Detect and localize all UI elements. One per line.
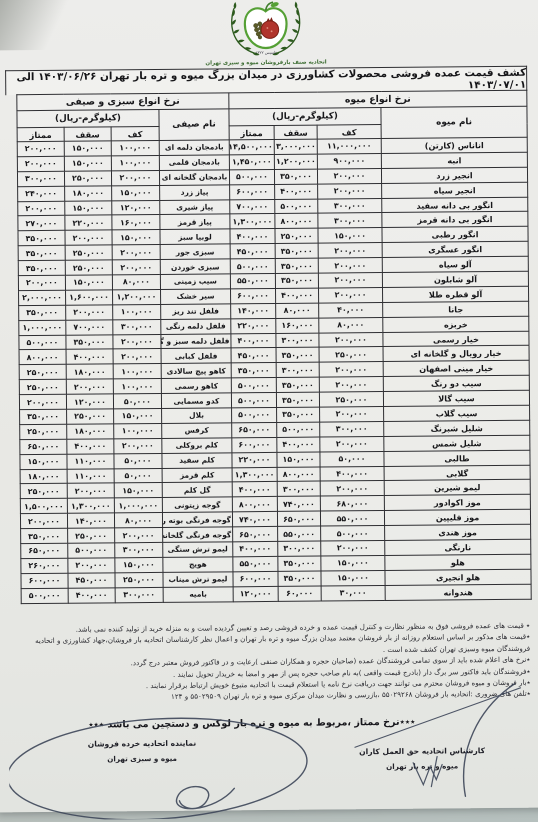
veg-cap-cell: ۱,۳۰۰,۰۰۰	[67, 498, 114, 513]
veg-premium-cell: ۳۵۰,۰۰۰	[19, 305, 66, 320]
fruit-floor-cell: ۱۱,۰۰۰,۰۰۰	[317, 139, 381, 154]
fruit-name-cell: موز اکوادور	[384, 495, 530, 511]
fruit-name-cell: انجیر سیاه	[382, 182, 528, 198]
price-row: هندوانه۳۰,۰۰۰۶۰,۰۰۰۱۲۰,۰۰۰بامیه۳۰۰,۰۰۰۴۰…	[21, 584, 531, 603]
veg-floor-cell: ۱,۲۰۰,۰۰۰	[112, 289, 160, 304]
veg-cap-cell: ۱۵۰,۰۰۰	[65, 200, 112, 215]
veg-cap-cell: ۲۵۰,۰۰۰	[68, 528, 115, 543]
veg-premium-cell: ۶۵۰,۰۰۰	[20, 439, 67, 454]
fruit-floor-cell: ۲۰۰,۰۰۰	[318, 243, 382, 258]
veg-cap-cell: ۱۵۰,۰۰۰	[64, 141, 111, 156]
fruit-cap-cell: ۳۵۰,۰۰۰	[276, 392, 319, 407]
fruit-cap-cell: ۳۰۰,۰۰۰	[276, 362, 319, 377]
veg-name-cell: کلم قرمز	[162, 467, 232, 483]
signature-rep-line1: نماینده اتحادیه خرده فروشان	[67, 738, 217, 748]
fruit-floor-header: کف	[317, 125, 381, 140]
fruit-name-cell: گلابی	[384, 465, 530, 481]
veg-name-cell: بلال	[161, 408, 231, 424]
fruit-premium-cell: ۸۰۰,۰۰۰	[232, 497, 277, 512]
veg-floor-cell: ۸۰,۰۰۰	[114, 513, 162, 528]
signature-block-representative: نماینده اتحادیه خرده فروشان میوه و سبزی …	[67, 738, 217, 763]
fruit-cap-cell: ۳۵۰,۰۰۰	[278, 556, 321, 571]
veg-premium-cell: ۳۵۰,۰۰۰	[18, 260, 65, 275]
veg-cap-cell: ۱,۶۰۰,۰۰۰	[65, 290, 112, 305]
fruit-name-cell: انبه	[381, 152, 527, 168]
veg-floor-cell: ۱۰۰,۰۰۰	[111, 140, 159, 155]
veg-name-cell: هویج	[163, 557, 233, 573]
veg-cap-cell: ۷۰۰,۰۰۰	[66, 320, 113, 335]
fruit-premium-cell: ۶۵۰,۰۰۰	[233, 527, 278, 542]
fruit-premium-cell: ۵۵۰,۰۰۰	[230, 273, 275, 288]
fruit-premium-header: ممتاز	[229, 125, 274, 139]
veg-name-cell: سیر خشک	[160, 289, 230, 305]
fruit-premium-cell: ۵۰۰,۰۰۰	[230, 259, 275, 274]
veg-premium-cell: ۱۸۰,۰۰۰	[20, 469, 67, 484]
veg-name-cell: کاهو رسمی	[161, 378, 231, 394]
fruit-premium-cell: ۴۵۰,۰۰۰	[230, 244, 275, 259]
fruit-cap-cell: ۶۰,۰۰۰	[278, 586, 321, 601]
veg-floor-cell: ۸۰,۰۰۰	[112, 274, 160, 289]
fruit-floor-cell: ۹۰۰,۰۰۰	[317, 153, 381, 168]
document-content: تاسیس ۱۳۲۲ اتحادیه صنف بارفروشان میوه و …	[0, 0, 538, 812]
veg-floor-header: کف	[111, 126, 159, 140]
veg-premium-cell: ۲۷۰,۰۰۰	[18, 216, 65, 231]
veg-floor-cell: ۲۰۰,۰۰۰	[114, 438, 162, 453]
veg-floor-cell: ۱۶۰,۰۰۰	[112, 215, 160, 230]
veg-cap-cell: ۱۱۰,۰۰۰	[67, 454, 114, 469]
fruit-cap-cell: ۸۰۰,۰۰۰	[275, 214, 318, 229]
fruit-name-cell: لیمو شیرین	[384, 480, 530, 496]
veg-name-cell: سبزی جور	[160, 244, 230, 260]
veg-cap-cell: ۲۰۰,۰۰۰	[66, 379, 113, 394]
fruit-name-cell: خیار مینی اصفهان	[383, 361, 529, 377]
premium-rate-note: ٭٭٭نرخ ممتاز ،مربوط به میوه و تره بار لو…	[57, 716, 447, 730]
veg-premium-cell: ۶۰۰,۰۰۰	[21, 573, 68, 588]
veg-premium-cell: ۲۰۰,۰۰۰	[18, 201, 65, 216]
veg-premium-cell: ۲۰۰,۰۰۰	[18, 275, 65, 290]
fruit-floor-cell: ۲۰۰,۰۰۰	[319, 362, 383, 377]
fruit-cap-cell: ۳۰۰,۰۰۰	[278, 541, 321, 556]
fruit-cap-cell: ۸۰,۰۰۰	[276, 303, 319, 318]
veg-floor-cell: ۲۵۰,۰۰۰	[115, 572, 163, 587]
fruit-cap-header: سقف	[274, 125, 317, 139]
fruit-name-cell: سیب گلاب	[384, 405, 530, 421]
veg-cap-cell: ۲۵۰,۰۰۰	[65, 245, 112, 260]
fruit-premium-cell: ۱,۴۵۰,۰۰۰	[229, 154, 274, 169]
veg-unit-header: (کیلوگرم-ریال)	[17, 109, 159, 127]
fruit-floor-cell: ۵۰۰,۰۰۰	[321, 526, 385, 541]
veg-floor-cell: ۱۵۰,۰۰۰	[112, 185, 160, 200]
fruit-premium-cell: ۲۲۰,۰۰۰	[232, 452, 277, 467]
veg-floor-cell: ۱۰۰,۰۰۰	[111, 155, 159, 170]
fruit-floor-cell: ۴۰۰,۰۰۰	[320, 466, 384, 481]
veg-name-cell: لوبیا سبز	[160, 229, 230, 245]
fruit-floor-cell: ۲۵۰,۰۰۰	[319, 347, 383, 362]
veg-cap-cell: ۲۰۰,۰۰۰	[65, 230, 112, 245]
veg-name-cell: کاهو پیچ سالادی	[161, 363, 231, 379]
veg-floor-cell: ۵۰,۰۰۰	[113, 394, 161, 409]
veg-premium-cell: ۲۵۰,۰۰۰	[19, 380, 66, 395]
veg-premium-cell: ۲۰۰,۰۰۰	[20, 514, 67, 529]
fruit-premium-cell: ۷۰۰,۰۰۰	[230, 199, 275, 214]
fruit-cap-cell: ۱۵۰,۰۰۰	[277, 452, 320, 467]
fruit-floor-cell: ۲۰۰,۰۰۰	[320, 481, 384, 496]
fruit-premium-cell: ۱۴,۵۰۰,۰۰۰	[229, 139, 274, 154]
fruit-name-cell: طالبی	[384, 450, 530, 466]
veg-premium-cell: ۲۰۰,۰۰۰	[19, 394, 66, 409]
fruit-premium-cell: ۵۰۰,۰۰۰	[231, 407, 276, 422]
fruit-premium-cell: ۵۰۰,۰۰۰	[231, 393, 276, 408]
signature-expert-line1: کارشناس اتحادیه حق العمل کاران	[347, 746, 497, 756]
fruit-name-cell: خیار رویال و گلخانه ای	[383, 346, 529, 362]
fruit-name-cell: انگور رطبی	[382, 227, 528, 243]
fruit-cap-cell: ۱۶۰,۰۰۰	[276, 318, 319, 333]
veg-name-cell: پیاز شیری	[160, 199, 230, 215]
veg-cap-cell: ۴۰۰,۰۰۰	[66, 349, 113, 364]
veg-cap-cell: ۵۰۰,۰۰۰	[68, 543, 115, 558]
fruit-name-cell: موز فلیپین	[384, 509, 530, 525]
veg-floor-cell: ۱,۰۰۰,۰۰۰	[114, 498, 162, 513]
veg-cap-cell: ۳۵۰,۰۰۰	[66, 334, 113, 349]
fruit-name-cell: خربزه	[383, 316, 529, 332]
veg-name-cell: بادمجان دلمه ای	[159, 140, 229, 156]
veg-name-column-header: نام صیفی	[159, 109, 229, 141]
veg-name-cell: گوجه فرنگی بوته رس	[162, 512, 232, 528]
veg-premium-cell: ۲۰۰,۰۰۰	[17, 156, 64, 171]
fruit-name-cell: اناناس (کارتن)	[381, 137, 527, 153]
fruit-floor-cell: ۲۰۰,۰۰۰	[321, 541, 385, 556]
veg-cap-cell: ۴۵۰,۰۰۰	[68, 573, 115, 588]
fruit-name-cell: خیار رسمی	[383, 331, 529, 347]
fruit-floor-cell: ۲۰۰,۰۰۰	[318, 273, 382, 288]
veg-cap-cell: ۲۵۰,۰۰۰	[64, 171, 111, 186]
veg-section-header: نرخ انواع سبزی و صیفی	[17, 93, 229, 111]
veg-floor-cell: ۵۰,۰۰۰	[114, 468, 162, 483]
veg-floor-cell: ۲۰۰,۰۰۰	[113, 349, 161, 364]
signature-block-expert: کارشناس اتحادیه حق العمل کاران میوه و تر…	[347, 746, 497, 771]
fruit-floor-cell: ۲۰۰,۰۰۰	[318, 183, 382, 198]
veg-name-cell: فلفل دلمه رنگی	[161, 319, 231, 335]
veg-name-cell: پیاز زرد	[160, 185, 230, 201]
veg-name-cell: پیاز قرمز	[160, 214, 230, 230]
fruit-name-cell: انگور بی دانه قرمز	[382, 212, 528, 228]
paper-sheet: تاسیس ۱۳۲۲ اتحادیه صنف بارفروشان میوه و …	[0, 0, 538, 812]
veg-cap-cell: ۱۵۰,۰۰۰	[64, 156, 111, 171]
veg-cap-cell: ۲۰۰,۰۰۰	[67, 483, 114, 498]
fruit-cap-cell: ۳۵۰,۰۰۰	[274, 169, 317, 184]
fruit-floor-cell: ۵۰,۰۰۰	[320, 451, 384, 466]
veg-floor-cell: ۲۰۰,۰۰۰	[113, 334, 161, 349]
fruit-name-cell: آلو شابلون	[382, 271, 528, 287]
veg-premium-cell: ۳۵۰,۰۰۰	[18, 231, 65, 246]
veg-name-cell: گوجه فرنگی گلخانه	[163, 527, 233, 543]
fruit-name-cell: موز هندی	[385, 524, 531, 540]
veg-cap-cell: ۱۸۰,۰۰۰	[65, 186, 112, 201]
union-emblem-icon: تاسیس ۱۳۲۲	[211, 0, 320, 58]
veg-premium-cell: ۱,۰۰۰,۰۰۰	[19, 320, 66, 335]
veg-floor-cell: ۲۰۰,۰۰۰	[112, 260, 160, 275]
fruit-premium-cell: ۲۲۰,۰۰۰	[231, 318, 276, 333]
veg-name-cell: کلم سفید	[162, 453, 232, 469]
signature-rep-line2: میوه و سبزی تهران	[67, 753, 217, 763]
fruit-name-cell: انگور عسگری	[382, 241, 528, 257]
logo-founded-text: تاسیس ۱۳۲۲	[255, 50, 276, 55]
veg-cap-cell: ۱۵۰,۰۰۰	[65, 275, 112, 290]
veg-floor-cell: ۱۰۰,۰۰۰	[113, 379, 161, 394]
fruit-cap-cell: ۳۰۰,۰۰۰	[276, 333, 319, 348]
veg-name-cell: کلم بروکلی	[162, 438, 232, 454]
fruit-cap-cell: ۴۰۰,۰۰۰	[275, 184, 318, 199]
fruit-floor-cell: ۲۰۰,۰۰۰	[319, 332, 383, 347]
fruit-floor-cell: ۵۵۰,۰۰۰	[320, 511, 384, 526]
veg-premium-cell: ۲۵۰,۰۰۰	[20, 484, 67, 499]
fruit-premium-cell: ۵۰۰,۰۰۰	[229, 169, 274, 184]
fruit-cap-cell: ۸۰۰,۰۰۰	[277, 467, 320, 482]
veg-cap-cell: ۱۱۰,۰۰۰	[67, 468, 114, 483]
fruit-cap-cell: ۳۵۰,۰۰۰	[275, 243, 318, 258]
veg-premium-cell: ۳۰۰,۰۰۰	[17, 171, 64, 186]
fruit-cap-cell: ۲۵۰,۰۰۰	[275, 228, 318, 243]
veg-premium-cell: ۲۵۰,۰۰۰	[20, 424, 67, 439]
veg-floor-cell: ۱۵۰,۰۰۰	[112, 230, 160, 245]
veg-name-cell: بامیه	[163, 587, 233, 603]
fruit-floor-cell: ۲۰۰,۰۰۰	[320, 407, 384, 422]
veg-floor-cell: ۱۵۰,۰۰۰	[113, 408, 161, 423]
veg-premium-cell: ۸۰۰,۰۰۰	[19, 350, 66, 365]
veg-floor-cell: ۱۵۰,۰۰۰	[115, 557, 163, 572]
veg-premium-cell: ۲۵۰,۰۰۰	[19, 365, 66, 380]
fruit-cap-cell: ۳۵۰,۰۰۰	[276, 348, 319, 363]
fruit-floor-cell: ۱۵۰,۰۰۰	[321, 570, 385, 585]
veg-premium-cell: ۳۵۰,۰۰۰	[20, 409, 67, 424]
veg-premium-cell: ۲۰۰,۰۰۰	[17, 141, 64, 156]
veg-cap-cell: ۱۲۰,۰۰۰	[66, 394, 113, 409]
fruit-cap-cell: ۱۳,۰۰۰,۰۰۰	[274, 139, 317, 154]
veg-cap-cell: ۲۵۰,۰۰۰	[65, 260, 112, 275]
veg-premium-header: ممتاز	[17, 127, 64, 141]
fruit-floor-cell: ۳۰,۰۰۰	[321, 585, 385, 600]
veg-premium-cell: ۵۰۰,۰۰۰	[21, 588, 68, 603]
veg-name-cell: لیمو ترش میناب	[163, 572, 233, 588]
footnotes: ٭ قیمت های عمده فروشی فوق به منظور نظارت…	[12, 620, 531, 704]
veg-premium-cell: ۳۵۰,۰۰۰	[18, 246, 65, 261]
veg-floor-cell: ۲۰۰,۰۰۰	[115, 528, 163, 543]
fruit-premium-cell: ۴۰۰,۰۰۰	[232, 482, 277, 497]
fruit-cap-cell: ۱,۲۰۰,۰۰۰	[274, 154, 317, 169]
veg-cap-cell: ۲۵۰,۰۰۰	[67, 409, 114, 424]
veg-name-cell: لیمو ترش سنگی	[163, 542, 233, 558]
fruit-name-cell: نارنگی	[385, 539, 531, 555]
veg-premium-cell: ۲۶۰,۰۰۰	[21, 558, 68, 573]
fruit-floor-cell: ۱۵۰,۰۰۰	[321, 555, 385, 570]
fruit-name-cell: هندوانه	[385, 584, 531, 600]
fruit-name-cell: هلو	[385, 554, 531, 570]
fruit-premium-cell: ۱,۳۰۰,۰۰۰	[230, 214, 275, 229]
fruit-cap-cell: ۵۰۰,۰۰۰	[277, 422, 320, 437]
fruit-floor-cell: ۲۰۰,۰۰۰	[318, 258, 382, 273]
fruit-premium-cell: ۴۰۰,۰۰۰	[230, 229, 275, 244]
veg-floor-cell: ۳۰۰,۰۰۰	[113, 319, 161, 334]
fruit-name-cell: شلیل شبرنگ	[384, 420, 530, 436]
price-rows: اناناس (کارتن)۱۱,۰۰۰,۰۰۰۱۳,۰۰۰,۰۰۰۱۴,۵۰۰…	[17, 137, 531, 603]
fruit-premium-cell: ۱,۳۰۰,۰۰۰	[232, 467, 277, 482]
veg-cap-cell: ۴۰۰,۰۰۰	[67, 439, 114, 454]
fruit-floor-cell: ۲۵۰,۰۰۰	[319, 392, 383, 407]
veg-cap-cell: ۱۴۰,۰۰۰	[67, 513, 114, 528]
veg-floor-cell: ۳۰۰,۰۰۰	[115, 587, 163, 602]
fruit-premium-cell: ۵۵۰,۰۰۰	[233, 556, 278, 571]
fruit-cap-cell: ۳۰۰,۰۰۰	[277, 482, 320, 497]
fruit-floor-cell: ۸۰,۰۰۰	[319, 317, 383, 332]
veg-floor-cell: ۲۰۰,۰۰۰	[111, 170, 159, 185]
veg-premium-cell: ۱۵۰,۰۰۰	[20, 454, 67, 469]
veg-floor-cell: ۵۰,۰۰۰	[114, 453, 162, 468]
fruit-cap-cell: ۳۵۰,۰۰۰	[276, 377, 319, 392]
fruit-floor-cell: ۳۰۰,۰۰۰	[318, 198, 382, 213]
fruit-cap-cell: ۴۰۰,۰۰۰	[275, 288, 318, 303]
veg-name-cell: کرفس	[162, 423, 232, 439]
veg-floor-cell: ۱۵۰,۰۰۰	[114, 483, 162, 498]
fruit-name-column-header: نام میوه	[381, 106, 527, 138]
document-photo: { "colors":{"paper":"#e9e9e5","ink":"#1d…	[0, 0, 538, 822]
fruit-name-cell: انگور بی دانه سفید	[382, 197, 528, 213]
fruit-premium-cell: ۶۰۰,۰۰۰	[230, 184, 275, 199]
fruit-premium-cell: ۷۴۰,۰۰۰	[232, 512, 277, 527]
fruit-premium-cell: ۴۰۰,۰۰۰	[233, 541, 278, 556]
veg-name-cell: بادمجان گلخانه ای	[159, 170, 229, 186]
fruit-floor-cell: ۱۵۰,۰۰۰	[318, 228, 382, 243]
veg-name-cell: سبزی خوردن	[160, 259, 230, 275]
fruit-premium-cell: ۳۵۰,۰۰۰	[231, 363, 276, 378]
fruit-floor-cell: ۲۰۰,۰۰۰	[320, 436, 384, 451]
veg-cap-cell: ۱۸۰,۰۰۰	[66, 364, 113, 379]
fruit-name-cell: انجیر زرد	[381, 167, 527, 183]
veg-name-cell: سیب زمینی	[160, 274, 230, 290]
fruit-cap-cell: ۷۴۰,۰۰۰	[277, 496, 320, 511]
fruit-name-cell: سیب گالا	[383, 390, 529, 406]
signature-expert-line2: میوه و تره بار تهران	[347, 761, 497, 771]
fruit-cap-cell: ۶۵۰,۰۰۰	[277, 511, 320, 526]
fruit-premium-cell: ۵۰۰,۰۰۰	[231, 378, 276, 393]
veg-name-cell: گل کلم	[162, 482, 232, 498]
veg-name-cell: فلفل تند ریز	[161, 304, 231, 320]
veg-cap-cell: ۲۰۰,۰۰۰	[66, 305, 113, 320]
veg-premium-cell: ۳۵۰,۰۰۰	[21, 528, 68, 543]
veg-cap-cell: ۲۰۰,۰۰۰	[68, 558, 115, 573]
veg-cap-cell: ۱۸۰,۰۰۰	[67, 424, 114, 439]
fruit-floor-cell: ۳۰۰,۰۰۰	[318, 213, 382, 228]
fruit-cap-cell: ۳۵۰,۰۰۰	[275, 258, 318, 273]
fruit-cap-cell: ۳۵۰,۰۰۰	[275, 273, 318, 288]
fruit-premium-cell: ۱۲۰,۰۰۰	[233, 586, 278, 601]
veg-floor-cell: ۱۰۰,۰۰۰	[113, 364, 161, 379]
fruit-cap-cell: ۵۰۰,۰۰۰	[275, 199, 318, 214]
fruit-premium-cell: ۶۵۰,۰۰۰	[232, 422, 277, 437]
fruit-name-cell: آلو قطره طلا	[382, 286, 528, 302]
veg-premium-cell: ۶۵۰,۰۰۰	[21, 543, 68, 558]
veg-premium-cell: ۵۰۰,۰۰۰	[19, 335, 66, 350]
veg-cap-cell: ۲۲۰,۰۰۰	[65, 215, 112, 230]
veg-floor-cell: ۲۰۰,۰۰۰	[112, 245, 160, 260]
veg-floor-cell: ۳۰۰,۰۰۰	[115, 542, 163, 557]
price-table: نرخ انواع میوه نرخ انواع سبزی و صیفی نام…	[16, 90, 531, 604]
veg-name-cell: فلفل دلمه سبز و گلخانه	[161, 333, 231, 349]
fruit-cap-cell: ۵۵۰,۰۰۰	[278, 526, 321, 541]
veg-name-cell: کدو مسمایی	[161, 393, 231, 409]
fruit-premium-cell: ۱۴۰,۰۰۰	[231, 303, 276, 318]
fruit-name-cell: شلیل شمس	[384, 435, 530, 451]
veg-premium-cell: ۲,۰۰۰,۰۰۰	[18, 290, 65, 305]
fruit-name-cell: جانا	[383, 301, 529, 317]
fruit-floor-cell: ۴۰,۰۰۰	[319, 302, 383, 317]
fruit-floor-cell: ۲۰۰,۰۰۰	[317, 168, 381, 183]
fruit-name-cell: آلو سیاه	[382, 256, 528, 272]
fruit-name-cell: هلو انجیری	[385, 569, 531, 585]
veg-cap-cell: ۴۰۰,۰۰۰	[68, 588, 115, 603]
fruit-premium-cell: ۶۰۰,۰۰۰	[230, 288, 275, 303]
fruit-cap-cell: ۴۰۰,۰۰۰	[277, 437, 320, 452]
union-logo: تاسیس ۱۳۲۲ اتحادیه صنف بارفروشان میوه و …	[0, 0, 538, 68]
fruit-floor-cell: ۶۸۰,۰۰۰	[320, 496, 384, 511]
fruit-cap-cell: ۳۵۰,۰۰۰	[277, 407, 320, 422]
fruit-premium-cell: ۴۰۰,۰۰۰	[231, 333, 276, 348]
fruit-unit-header: (کیلوگرم-ریال)	[229, 108, 381, 126]
fruit-name-cell: سیب دو رنگ	[383, 375, 529, 391]
fruit-premium-cell: ۶۰۰,۰۰۰	[232, 437, 277, 452]
veg-name-cell: بادمجان قلمی	[159, 155, 229, 171]
veg-floor-cell: ۱۰۰,۰۰۰	[113, 304, 161, 319]
fruit-premium-cell: ۶۰۰,۰۰۰	[233, 571, 278, 586]
veg-premium-cell: ۲۴۰,۰۰۰	[18, 186, 65, 201]
fruit-floor-cell: ۳۰۰,۰۰۰	[320, 421, 384, 436]
veg-name-cell: فلفل کبابی	[161, 348, 231, 364]
fruit-cap-cell: ۳۵۰,۰۰۰	[278, 571, 321, 586]
veg-floor-cell: ۱۲۰,۰۰۰	[112, 200, 160, 215]
veg-cap-header: سقف	[64, 127, 111, 141]
veg-floor-cell: ۱۰۰,۰۰۰	[114, 423, 162, 438]
fruit-premium-cell: ۴۵۰,۰۰۰	[231, 348, 276, 363]
veg-premium-cell: ۱,۵۰۰,۰۰۰	[20, 499, 67, 514]
fruit-floor-cell: ۲۰۰,۰۰۰	[318, 287, 382, 302]
fruit-floor-cell: ۲۰۰,۰۰۰	[319, 377, 383, 392]
veg-name-cell: گوجه زیتونی	[162, 497, 232, 513]
